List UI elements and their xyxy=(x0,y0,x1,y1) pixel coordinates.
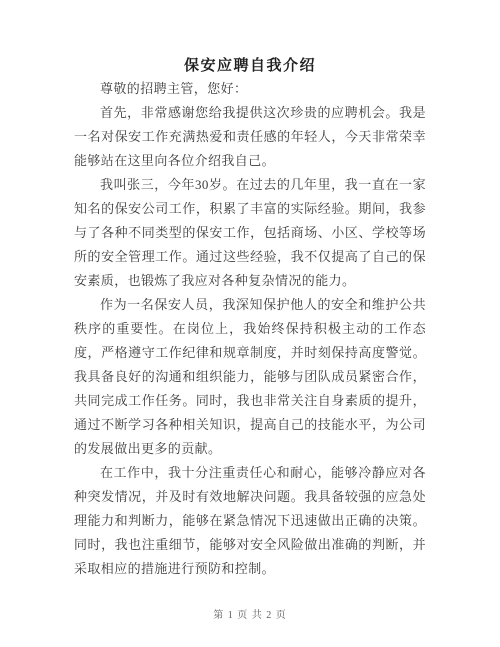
document-title: 保安应聘自我介绍 xyxy=(0,0,500,76)
paragraph-experience: 我叫张三，今年30岁。在过去的几年里，我一直在一家知名的保安公司工作，积累了丰富… xyxy=(74,173,426,293)
document-body: 尊敬的招聘主管，您好： 首先，非常感谢您给我提供这次珍贵的应聘机会。我是一名对保… xyxy=(74,76,426,581)
page-number-indicator: 第 1 页 共 2 页 xyxy=(0,606,500,621)
paragraph-intro: 首先，非常感谢您给我提供这次珍贵的应聘机会。我是一名对保安工作充满热爱和责任感的… xyxy=(74,101,426,173)
document-page: 保安应聘自我介绍 尊敬的招聘主管，您好： 首先，非常感谢您给我提供这次珍贵的应聘… xyxy=(0,0,500,647)
paragraph-responsibility: 在工作中，我十分注重责任心和耐心，能够冷静应对各种突发情况，并及时有效地解决问题… xyxy=(74,461,426,581)
paragraph-attitude: 作为一名保安人员，我深知保护他人的安全和维护公共秩序的重要性。在岗位上，我始终保… xyxy=(74,293,426,461)
salutation-line: 尊敬的招聘主管，您好： xyxy=(74,77,426,101)
